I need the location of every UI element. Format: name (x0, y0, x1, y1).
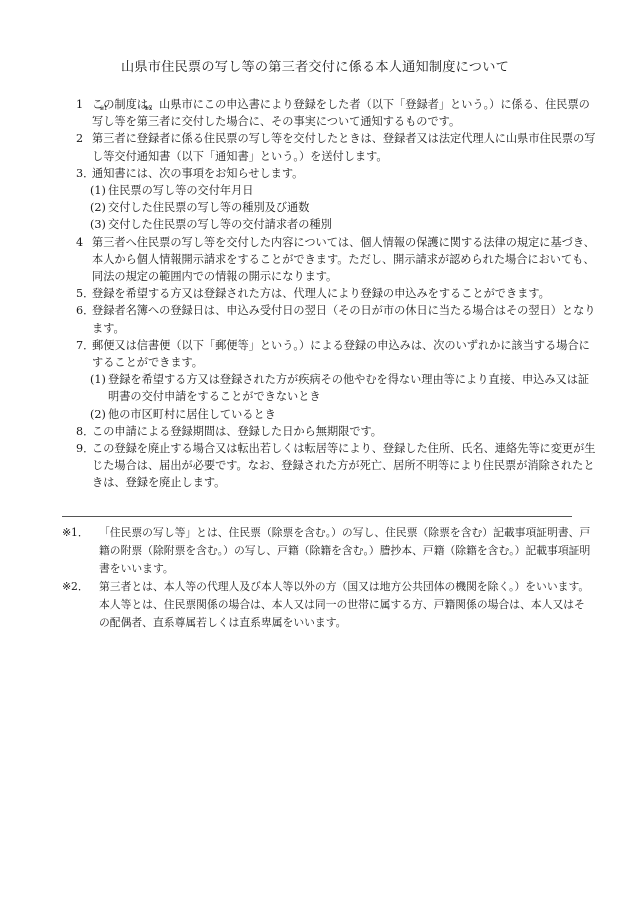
footnote-1: ※1．「住民票の写し等」とは、住民票（除票を含む。）の写し、住民票（除票を含む）… (62, 524, 592, 578)
item-number: 7． (76, 337, 92, 354)
item-number: 5． (76, 285, 92, 302)
item-7-sub-2: (2)他の市区町村に居住しているとき (76, 406, 596, 423)
item-1: 1この制度は、山県市にこの申込書により登録をした者（以下「登録者」という。）に係… (76, 96, 596, 130)
item-3-sub-2: (2)交付した住民票の写し等の種別及び通数 (76, 199, 596, 216)
footnote-2: ※2．第三者とは、本人等の代理人及び本人等以外の方（国又は地方公共団体の機関を除… (62, 578, 592, 632)
item-text: 第三者に登録者に係る住民票の写し等を交付したときは、登録者又は法定代理人に山県市… (92, 132, 595, 162)
item-3-sub-3: (3)交付した住民票の写し等の交付請求者の種別 (76, 216, 596, 233)
item-number: 4 (76, 234, 92, 251)
item-4: 4第三者へ住民票の写し等を交付した内容については、個人情報の保護に関する法律の規… (76, 234, 596, 286)
item-text: この登録を廃止する場合又は転出若しくは転居等により、登録した住所、氏名、連絡先等… (92, 442, 595, 489)
footnote-number: ※2． (62, 578, 99, 596)
item-7-sub-1: (1)登録を希望する方又は登録された方が疾病その他やむを得ない理由等により直接、… (76, 371, 596, 405)
item-9: 9．この登録を廃止する場合又は転出若しくは転居等により、登録した住所、氏名、連絡… (76, 440, 596, 492)
footnotes: ※1．「住民票の写し等」とは、住民票（除票を含む。）の写し、住民票（除票を含む）… (62, 524, 592, 632)
document-title: 山県市住民票の写し等の第三者交付に係る本人通知制度について (0, 56, 630, 75)
item-text: 郵便又は信書便（以下「郵便等」という。）による登録の申込みは、次のいずれかに該当… (92, 339, 590, 369)
item-8: 8．この申請による登録期間は、登録した日から無期限です。 (76, 423, 596, 440)
footnote-number: ※1． (62, 524, 99, 542)
item-text: 登録を希望する方又は登録された方は、代理人により登録の申込みをすることができます… (92, 287, 550, 300)
item-3: 3．通知書には、次の事項をお知らせします。 (76, 165, 596, 182)
item-2: 2第三者に登録者に係る住民票の写し等を交付したときは、登録者又は法定代理人に山県… (76, 130, 596, 164)
item-number: 2 (76, 130, 92, 147)
document-page: 山県市住民票の写し等の第三者交付に係る本人通知制度について 1この制度は、山県市… (0, 0, 630, 903)
document-body: 1この制度は、山県市にこの申込書により登録をした者（以下「登録者」という。）に係… (76, 96, 596, 492)
item-number: 9． (76, 440, 92, 457)
footnote-ref-2: 者※2 (159, 115, 170, 128)
footnote-text: 第三者とは、本人等の代理人及び本人等以外の方（国又は地方公共団体の機関を除く。）… (99, 580, 589, 629)
item-5: 5．登録を希望する方又は登録された方は、代理人により登録の申込みをすることができ… (76, 285, 596, 302)
footnote-ref-1: 等※1 (114, 115, 125, 128)
item-number: 3． (76, 165, 92, 182)
item-text: 登録者名簿への登録日は、申込み受付日の翌日（その日が市の休日に当たる場合はその翌… (92, 304, 595, 334)
item-number: 6． (76, 302, 92, 319)
item-3-sub-1: (1)住民票の写し等の交付年月日 (76, 182, 596, 199)
item-text: この申請による登録期間は、登録した日から無期限です。 (92, 425, 382, 438)
item-text: 通知書には、次の事項をお知らせします。 (92, 167, 303, 180)
item-text: 第三者へ住民票の写し等を交付した内容については、個人情報の保護に関する法律の規定… (92, 236, 595, 283)
footnote-text: 「住民票の写し等」とは、住民票（除票を含む。）の写し、住民票（除票を含む）記載事… (99, 526, 590, 575)
item-6: 6．登録者名簿への登録日は、申込み受付日の翌日（その日が市の休日に当たる場合はそ… (76, 302, 596, 336)
divider-line (62, 516, 572, 517)
item-number: 1 (76, 96, 92, 113)
item-7: 7．郵便又は信書便（以下「郵便等」という。）による登録の申込みは、次のいずれかに… (76, 337, 596, 371)
item-number: 8． (76, 423, 92, 440)
